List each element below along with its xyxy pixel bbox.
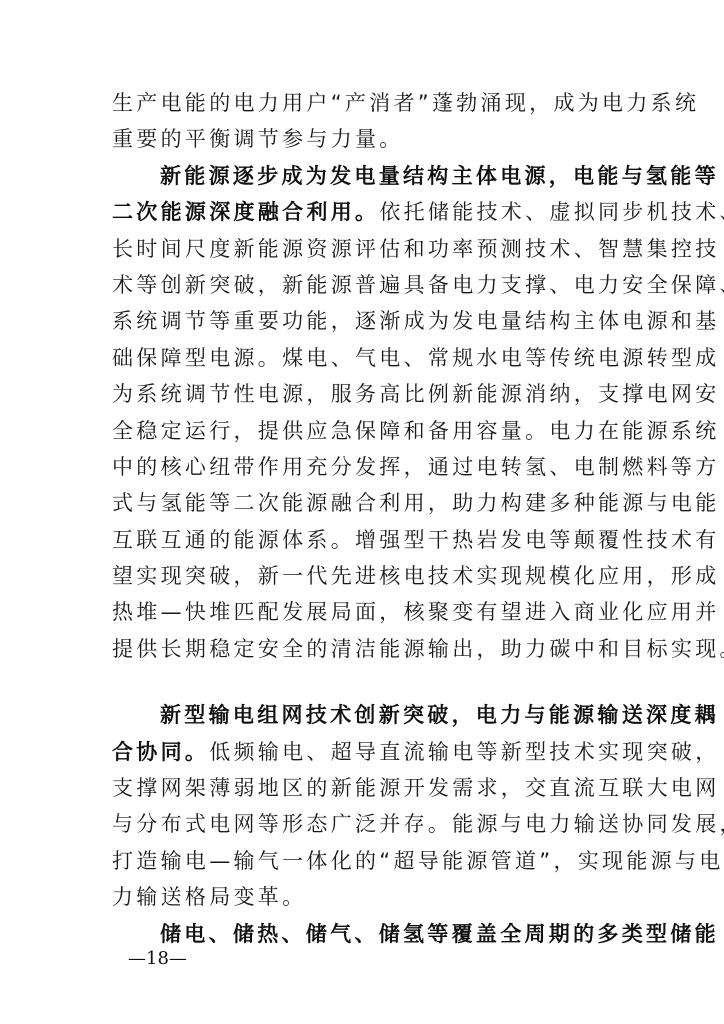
body-text: 支撑网架薄弱地区的新能源开发需求，交直流互联大电网 bbox=[112, 776, 720, 800]
text-line: 式与氢能等二次能源融合利用，助力构建多种能源与电能 bbox=[112, 485, 600, 521]
text-line: 二次能源深度融合利用。依托储能技术、虚拟同步机技术、 bbox=[112, 194, 600, 230]
document-page: 生产电能的电力用户“产消者”蓬勃涌现，成为电力系统 重要的平衡调节参与力量。 新… bbox=[0, 0, 724, 1024]
text-line: 重要的平衡调节参与力量。 bbox=[112, 121, 600, 157]
text-line: 全稳定运行，提供应急保障和备用容量。电力在能源系统 bbox=[112, 413, 600, 449]
paragraph-gap bbox=[112, 667, 600, 697]
text-line: 础保障型电源。煤电、气电、常规水电等传统电源转型成 bbox=[112, 340, 600, 376]
body-text: 术等创新突破，新能源普遍具备电力支撑、电力安全保障、 bbox=[112, 273, 724, 297]
body-text: 重要的平衡调节参与力量。 bbox=[112, 127, 404, 151]
text-line: 热堆—快堆匹配发展局面，核聚变有望进入商业化应用并 bbox=[112, 594, 600, 630]
body-text: 生产电能的电力用户“产消者”蓬勃涌现，成为电力系统 bbox=[112, 91, 699, 115]
text-line: 术等创新突破，新能源普遍具备电力支撑、电力安全保障、 bbox=[112, 267, 600, 303]
text-line: 系统调节等重要功能，逐渐成为发电量结构主体电源和基 bbox=[112, 303, 600, 339]
text-line: 与分布式电网等形态广泛并存。能源与电力输送协同发展， bbox=[112, 806, 600, 842]
body-text: 打造输电—输气一体化的“超导能源管道”，实现能源与电 bbox=[112, 849, 724, 873]
body-text: 为系统调节性电源，服务高比例新能源消纳，支撑电网安 bbox=[112, 382, 720, 406]
text-line: 打造输电—输气一体化的“超导能源管道”，实现能源与电 bbox=[112, 843, 600, 879]
body-text: 础保障型电源。煤电、气电、常规水电等传统电源转型成 bbox=[112, 346, 720, 370]
body-text: 提供长期稳定安全的清洁能源输出，助力碳中和目标实现。 bbox=[112, 637, 724, 661]
text-line: 生产电能的电力用户“产消者”蓬勃涌现，成为电力系统 bbox=[112, 85, 600, 121]
body-text: 系统调节等重要功能，逐渐成为发电量结构主体电源和基 bbox=[112, 309, 720, 333]
body-text: 全稳定运行，提供应急保障和备用容量。电力在能源系统 bbox=[112, 419, 720, 443]
body-text: 与分布式电网等形态广泛并存。能源与电力输送协同发展， bbox=[112, 812, 724, 836]
body-text: 热堆—快堆匹配发展局面，核聚变有望进入商业化应用并 bbox=[112, 600, 720, 624]
text-line: 提供长期稳定安全的清洁能源输出，助力碳中和目标实现。 bbox=[112, 631, 600, 667]
bold-heading-text: 新型输电组网技术创新突破，电力与能源输送深度耦 bbox=[160, 703, 719, 727]
body-text: 互联互通的能源体系。增强型干热岩发电等颠覆性技术有 bbox=[112, 528, 720, 552]
body-text: 望实现突破，新一代先进核电技术实现规模化应用，形成 bbox=[112, 564, 720, 588]
text-line: 互联互通的能源体系。增强型干热岩发电等颠覆性技术有 bbox=[112, 522, 600, 558]
bold-heading-text: 新能源逐步成为发电量结构主体电源，电能与氢能等 bbox=[160, 164, 719, 188]
text-line: 合协同。低频输电、超导直流输电等新型技术实现突破， bbox=[112, 734, 600, 770]
paragraph-heading-line: 新能源逐步成为发电量结构主体电源，电能与氢能等 bbox=[112, 158, 600, 194]
text-line: 为系统调节性电源，服务高比例新能源消纳，支撑电网安 bbox=[112, 376, 600, 412]
paragraph-heading-line: 储电、储热、储气、储氢等覆盖全周期的多类型储能 bbox=[112, 916, 600, 952]
text-line: 中的核心纽带作用充分发挥，通过电转氢、电制燃料等方 bbox=[112, 449, 600, 485]
text-line: 支撑网架薄弱地区的新能源开发需求，交直流互联大电网 bbox=[112, 770, 600, 806]
text-line: 长时间尺度新能源资源评估和功率预测技术、智慧集控技 bbox=[112, 231, 600, 267]
text-line: 力输送格局变革。 bbox=[112, 879, 600, 915]
body-text: 依托储能技术、虚拟同步机技术、 bbox=[379, 200, 724, 224]
body-text: 低频输电、超导直流输电等新型技术实现突破， bbox=[209, 740, 719, 764]
paragraph-heading-line: 新型输电组网技术创新突破，电力与能源输送深度耦 bbox=[112, 697, 600, 733]
bold-heading-text: 储电、储热、储气、储氢等覆盖全周期的多类型储能 bbox=[160, 922, 719, 946]
document-body: 生产电能的电力用户“产消者”蓬勃涌现，成为电力系统 重要的平衡调节参与力量。 新… bbox=[112, 85, 600, 952]
bold-heading-text: 二次能源深度融合利用。 bbox=[112, 200, 379, 224]
text-line: 望实现突破，新一代先进核电技术实现规模化应用，形成 bbox=[112, 558, 600, 594]
body-text: 中的核心纽带作用充分发挥，通过电转氢、电制燃料等方 bbox=[112, 455, 720, 479]
body-text: 式与氢能等二次能源融合利用，助力构建多种能源与电能 bbox=[112, 491, 720, 515]
bold-heading-text: 合协同。 bbox=[112, 740, 209, 764]
body-text: 长时间尺度新能源资源评估和功率预测技术、智慧集控技 bbox=[112, 237, 720, 261]
page-number: —18— bbox=[128, 948, 187, 969]
body-text: 力输送格局变革。 bbox=[112, 885, 306, 909]
